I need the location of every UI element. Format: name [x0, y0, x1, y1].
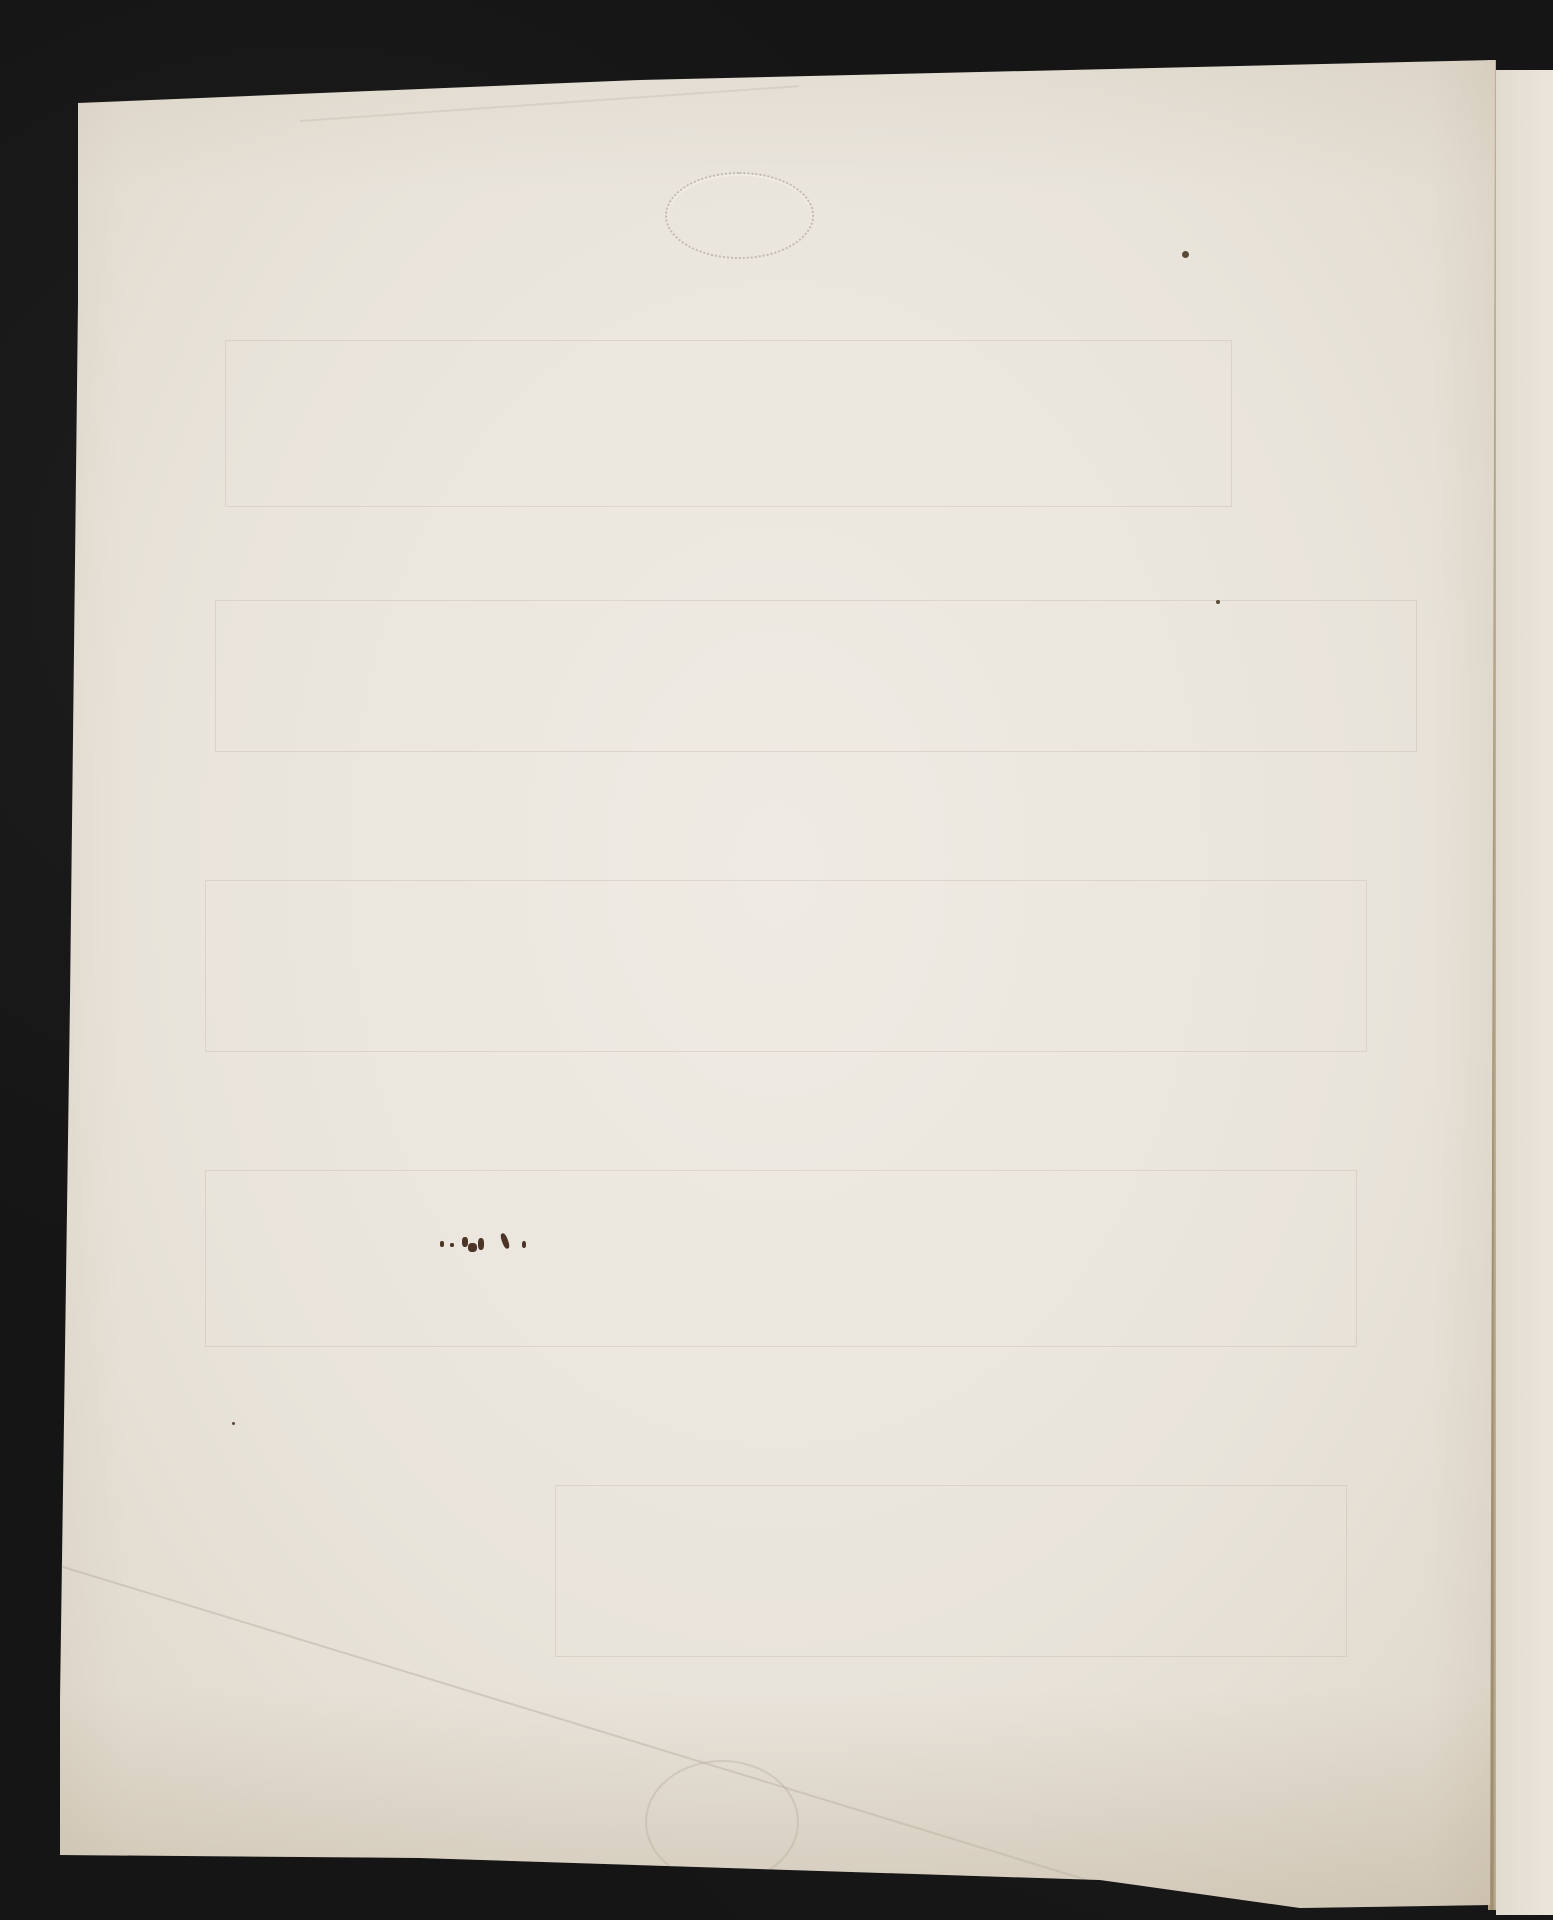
show-through-staff-4 [205, 1170, 1357, 1347]
adjacent-page-edge [1496, 70, 1553, 1915]
show-through-staff-5 [555, 1485, 1347, 1657]
embossed-stamp-bottom [645, 1760, 799, 1884]
show-through-staff-3 [205, 880, 1367, 1052]
show-through-staff-1 [225, 340, 1232, 507]
paper-sheet [0, 0, 1553, 1920]
embossed-stamp-top [665, 172, 814, 259]
paper-spot [232, 1422, 235, 1425]
show-through-staff-2 [215, 600, 1417, 752]
paper-spot [1182, 251, 1189, 258]
paper-spot [1216, 600, 1220, 604]
